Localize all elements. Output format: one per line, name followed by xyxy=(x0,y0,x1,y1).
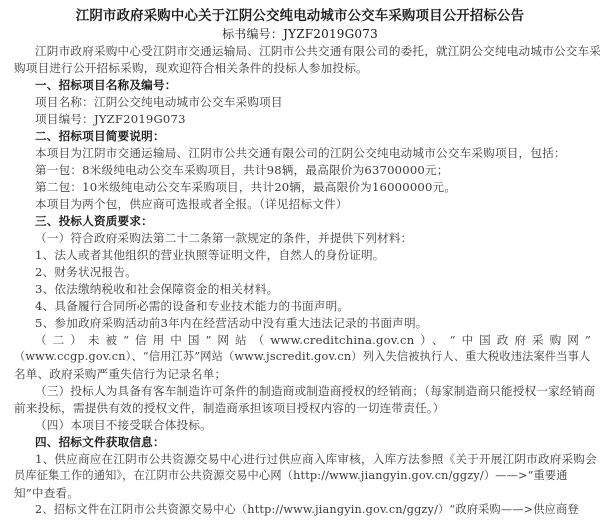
qualification-item: 5、参加政府采购活动前3年内在经营活动中没有重大违法记录的书面声明。 xyxy=(35,315,428,331)
bid-number: 标书编号：JYZF2019G073 xyxy=(0,26,600,42)
section-2-line: 本项目为江阴市交通运输局、江阴市公共交通有限公司的江阴公交纯电动城市公交车采购项… xyxy=(35,145,566,161)
doc-info-2: 2、招标文件在江阴市公共资源交易中心（http://www.jiangyin.g… xyxy=(35,502,579,518)
project-number: 项目编号：JYZF2019G073 xyxy=(35,111,186,127)
qualification-2-cont: 名单、政府采购严重失信行为记录名单； xyxy=(14,366,226,382)
document-title: 江阴市政府采购中心关于江阴公交纯电动城市公交车采购项目公开招标公告 xyxy=(0,8,600,24)
qualification-item: 4、具备履行合同所必需的设备和专业技术能力的书面声明。 xyxy=(35,298,349,314)
package-1: 第一包：8米级纯电动公交车采购项目，共计98辆，最高限价为63700000元； xyxy=(35,162,449,178)
intro-paragraph-line-2: 购项目进行公开招标采购，现欢迎符合相关条件的投标人参加投标。 xyxy=(14,60,368,76)
qualification-4: （四）本项目不接受联合体投标。 xyxy=(35,417,212,433)
section-2-line: 本项目为两个包，供应商可选报或者全报。（详见招标文件） xyxy=(35,196,348,212)
section-3-heading: 三、投标人资质要求： xyxy=(35,213,153,229)
section-4-heading: 四、招标文件获取信息： xyxy=(35,434,165,450)
qualification-item: 3、依法缴纳税收和社会保障资金的相关材料。 xyxy=(35,281,278,297)
qualification-1: （一）符合政府采购法第二十二条第一款规定的条件，并提供下列材料： xyxy=(35,230,412,246)
intro-paragraph-line-1: 江阴市政府采购中心受江阴市交通运输局、江阴市公共交通有限公司的委托，就江阴公交纯… xyxy=(35,43,591,59)
doc-info-1-cont: 员库征集工作的通知》，在江阴市公共资源交易中心网（http://www.jian… xyxy=(14,468,568,484)
section-2-heading: 二、招标项目简要说明： xyxy=(35,128,165,144)
qualification-3-cont: 前来投标，需提供有效的授权文件，制造商承担该项目授权内容的一切连带责任。） xyxy=(14,400,445,416)
qualification-item: 1、法人或者其他组织的营业执照等证明文件，自然人的身份证明。 xyxy=(35,247,385,263)
package-2: 第二包：10米级纯电动公交车采购项目，共计20辆，最高限价为16000000元。 xyxy=(35,179,456,195)
doc-info-1-cont: 知”中查看。 xyxy=(14,485,79,501)
section-1-heading: 一、招标项目名称及编号： xyxy=(35,77,177,93)
qualification-2-cont: （www.ccgp.gov.cn）、“信用江苏”网站（www.jscredit.… xyxy=(14,349,590,365)
qualification-2: （二）未被“信用中国”网站（www.creditchina.gov.cn）、“中… xyxy=(35,332,591,348)
project-name: 项目名称：江阴公交纯电动城市公交车采购项目 xyxy=(35,94,283,110)
doc-info-1: 1、供应商应在江阴市公共资源交易中心进行过供应商入库审核，入库方法参照《关于开展… xyxy=(35,451,591,467)
qualification-3: （三）投标人为具备有客车制造许可条件的制造商或制造商授权的经销商；（每家制造商只… xyxy=(35,383,595,399)
qualification-item: 2、财务状况报告。 xyxy=(35,264,137,280)
